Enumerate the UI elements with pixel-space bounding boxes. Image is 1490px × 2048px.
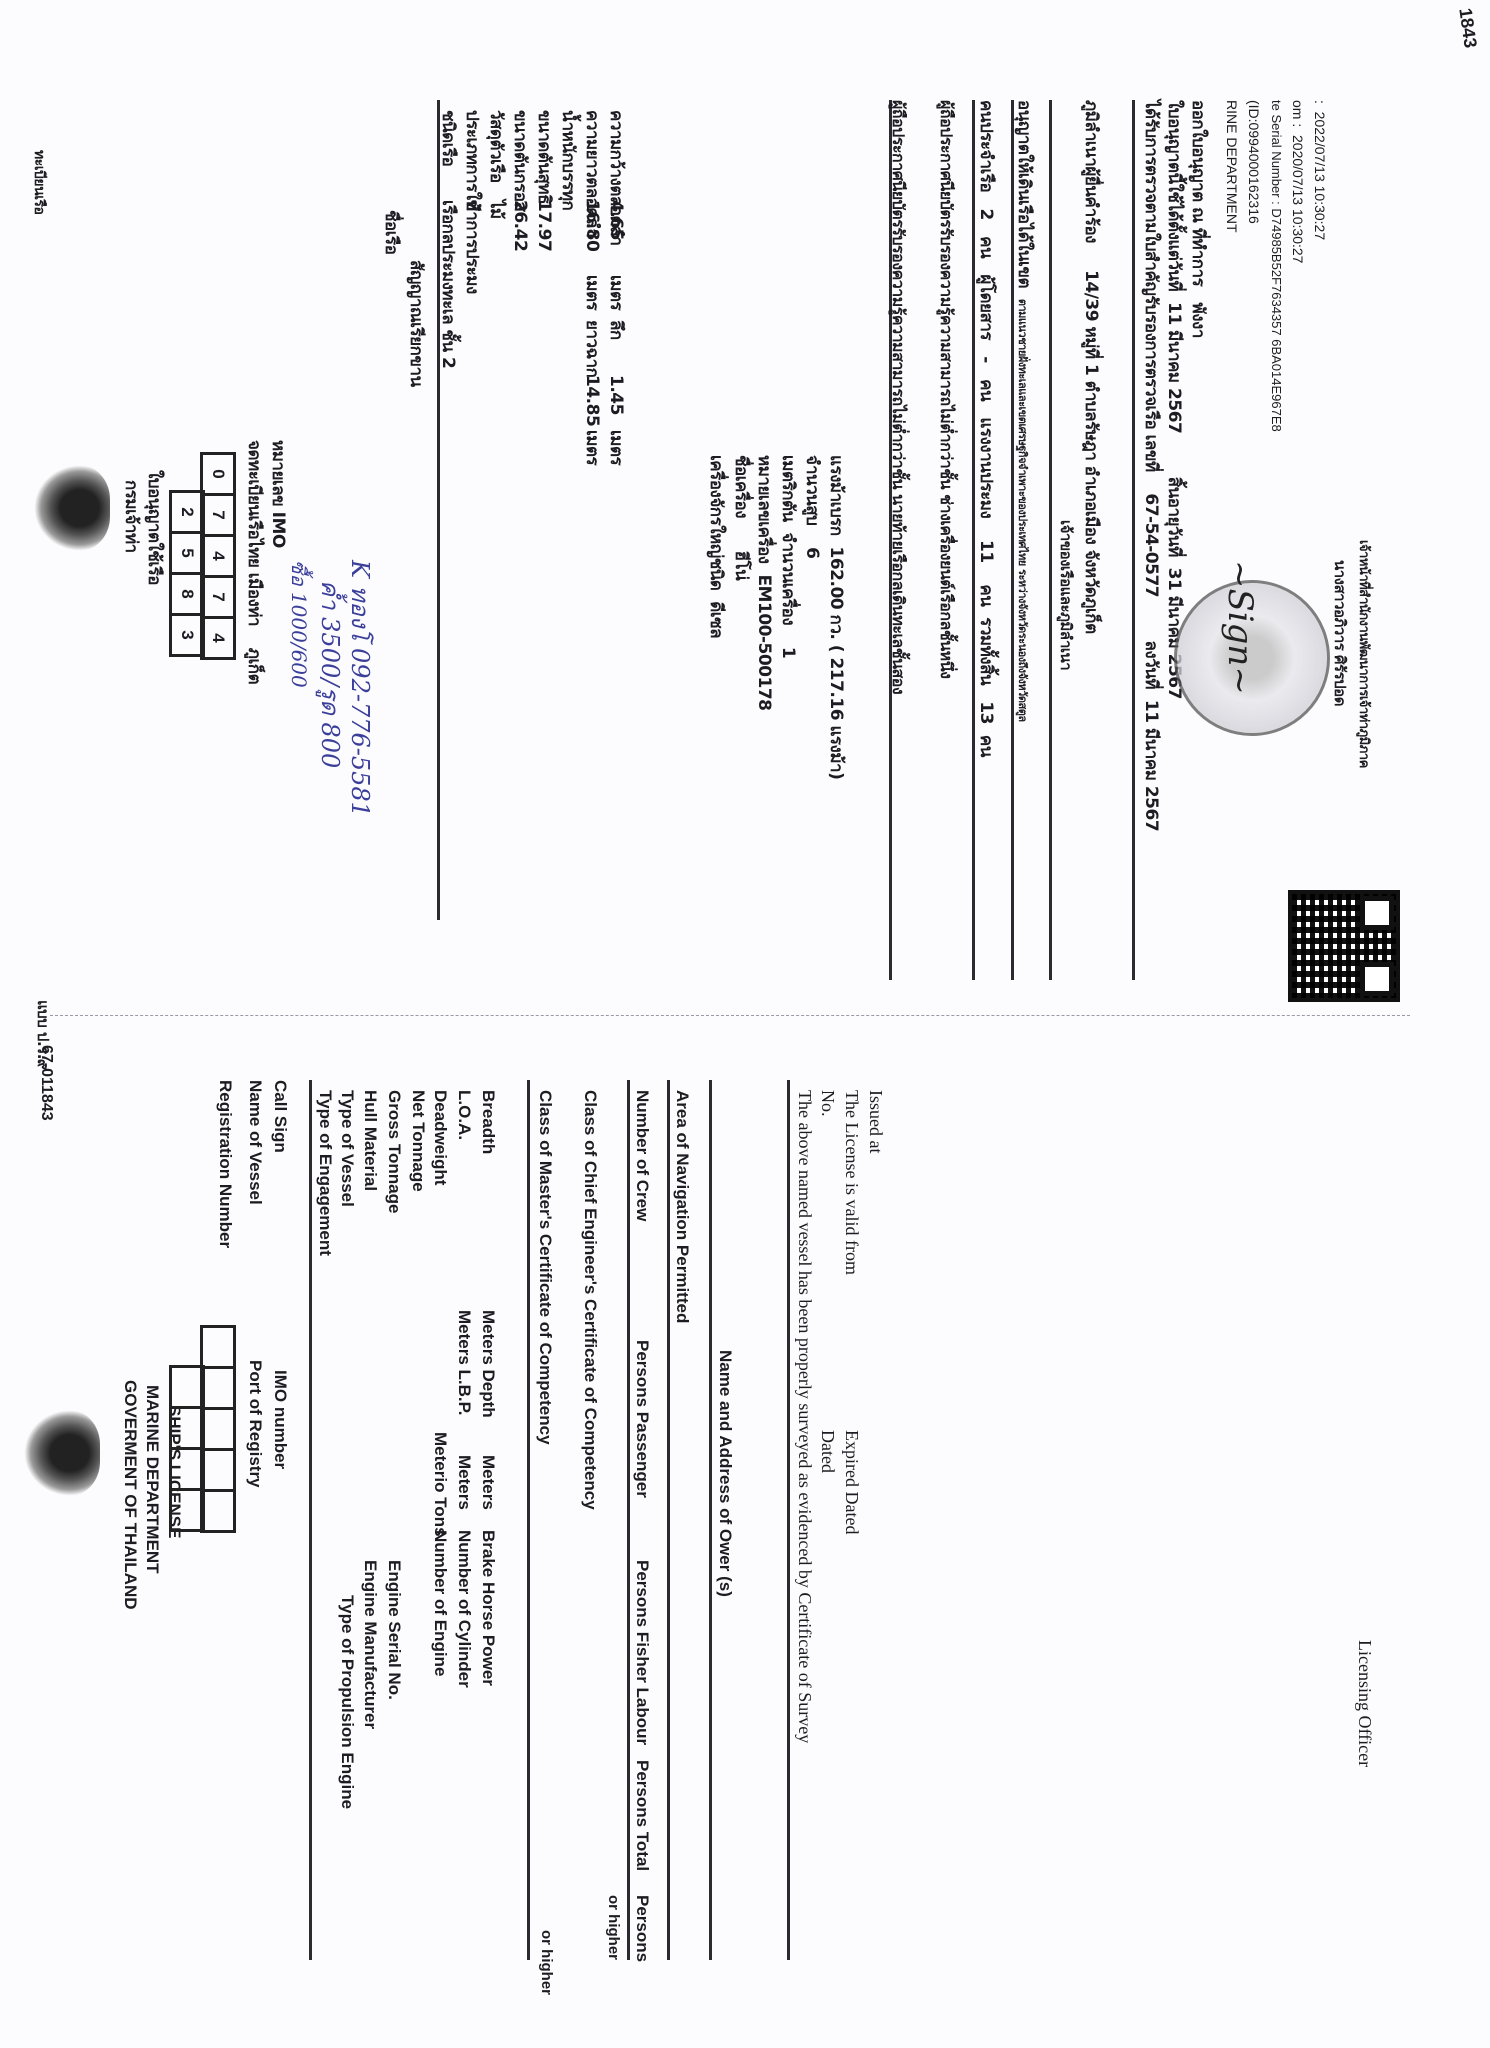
th-vessel-row: ประเภทการใช้ทำการประมง: [459, 110, 486, 275]
reg-digit: 8: [172, 575, 202, 616]
handwritten-note-3: ซื้อ 1000/600: [283, 560, 315, 688]
en-rule-1: [527, 1080, 530, 1960]
en-reg-box-bottom: [200, 1325, 236, 1533]
th-owner-name: เจ้าของเรือและภูมิลำเนา: [1054, 520, 1078, 670]
en-call-sign: Call Sign: [270, 1080, 290, 1153]
en-engineer-cert: Class of Chief Engineer's Certificate of…: [580, 1090, 600, 1510]
th-label-name: ชื่อเรือ: [378, 210, 405, 254]
en-persons: Persons: [632, 1895, 652, 1962]
en-number-of-cylinder: Number of Cylinder: [454, 1530, 474, 1688]
th-port: จดทะเบียนเรือไทย เมืองท่า ภูเก็ต: [241, 440, 268, 684]
en-rule-3: [667, 1080, 670, 1960]
reg-box-bottom: 07474: [200, 452, 236, 660]
th-vessel-row: วัสดุตัวเรือไม้: [483, 110, 510, 275]
th-engineer-cert: ผู้ถือประกาศนียบัตรรับรองความรู้ความสามา…: [933, 100, 958, 678]
en-owner: Name and Address of Ower (s): [715, 1350, 735, 1597]
th-engine-power: แรงม้าเบรก 162.00 กว. ( 217.16 แรงม้า): [823, 455, 850, 779]
th-vessel-row: น้ำหนักบรรทุก: [555, 110, 582, 275]
en-header-rule: [309, 1080, 312, 1960]
en-issued-at: Issued at: [865, 1090, 886, 1153]
en-or-higher-2: or higher: [605, 1895, 622, 1960]
th-imo: หมายเลข IMO: [265, 440, 292, 548]
en-licensing-officer: Licensing Officer: [1354, 1640, 1375, 1767]
reg-digit: 4: [203, 619, 233, 657]
en-expired-dated: Expired Dated: [841, 1430, 862, 1534]
en-deadweight: Deadweight: [430, 1090, 450, 1185]
en-brake-horse-power: Brake Horse Power: [478, 1530, 498, 1686]
en-rule-4: [709, 1080, 712, 1960]
th-license-title: ใบอนุญาตใช้เรือ: [141, 470, 168, 585]
th-master-cert: ผู้ถือประกาศนียบัตรรับรองความรู้ความสามา…: [885, 100, 910, 694]
th-vessel-row: ความกว้างตลอดลำ4.65เมตรลึก1.45เมตร: [603, 110, 630, 465]
th-owner-address: ภูมิลำเนาผู้ยื่นคำร้อง 14/39 หมู่ที่ 1 ต…: [1078, 100, 1105, 634]
th-rule-5: [1132, 100, 1135, 980]
en-registration-number: Registration Number: [215, 1080, 235, 1248]
th-engine-cylinder: จำนวนสูบ 6: [799, 455, 826, 559]
en-valid-from: The License is valid from: [841, 1090, 862, 1275]
en-type-of-engagement: Type of Engagement: [315, 1090, 335, 1256]
reg-digit: 5: [172, 534, 202, 575]
reg-digit: 0: [203, 455, 233, 496]
en-meters-depth: Meters Depth: [478, 1310, 498, 1418]
ships-license-scan: 1843 ทะเบียนเรือ ชื่อเรือ สัญญาณเรียกขาน…: [0, 0, 1490, 2048]
reg-digit: 7: [203, 578, 233, 619]
en-survey-text: The above named vessel has been properly…: [794, 1090, 815, 1743]
en-type-of-vessel: Type of Vessel: [337, 1090, 357, 1207]
en-metric-tons: Meterio Tons: [430, 1432, 450, 1537]
esig-id: (ID:0994000162316: [1246, 100, 1262, 224]
th-valid-from: ใบอนุญาตนี้ใช้ได้ตั้งแต่วันที่ 11 มีนาคม…: [1161, 100, 1188, 699]
th-rule-4: [1049, 100, 1052, 980]
en-rule-2: [627, 1080, 630, 1960]
en-persons-passenger: Persons Passenger: [632, 1340, 652, 1498]
en-name-of-vessel: Name of Vessel: [245, 1080, 265, 1205]
th-engine-serial: หมายเลขเครื่อง EM100-500178: [751, 455, 778, 710]
en-persons-fisher: Persons Fisher Labour: [632, 1560, 652, 1745]
th-registration-label: ทะเบียนเรือ: [28, 150, 50, 214]
en-port-of-registry: Port of Registry: [245, 1360, 265, 1488]
en-number-of-engine: Number of Engine: [430, 1530, 450, 1676]
en-imo-number: IMO number: [270, 1370, 290, 1469]
en-header-1: GOVERMENT OF THAILAND: [120, 1380, 140, 1610]
reg-digit: 7: [203, 496, 233, 537]
th-engine-count: เมตริกตัน จำนวนเครื่อง 1: [775, 455, 802, 658]
officer-title: เจ้าหน้าที่สำนักงานพัฒนาการเจ้าท่าภูมิภา…: [1354, 540, 1375, 768]
en-persons-total: Persons Total: [632, 1760, 652, 1871]
handwritten-note-2: K ทองโ 092-776-5581: [341, 560, 380, 817]
th-label-callsign: สัญญาณเรียกขาน: [403, 260, 430, 387]
en-header-2: MARINE DEPARTMENT: [142, 1385, 162, 1574]
en-engine-manufacturer: Engine Manufacturer: [360, 1560, 380, 1729]
en-meters-a: Meters: [454, 1455, 474, 1510]
reg-digit: 4: [203, 537, 233, 578]
en-type-of-propulsion: Type of Propulsion Engine: [337, 1595, 357, 1809]
th-vessel-row: ชนิดเรือเรือกลประมงทะเล ชั้น 2: [435, 110, 462, 275]
th-engine-type: เครื่องจักรใหญ่ชนิด ดีเซล: [703, 455, 730, 638]
esig-org: RINE DEPARTMENT: [1224, 100, 1240, 233]
esig-to: : 2022/07/13 10:30:27: [1312, 100, 1328, 240]
reg-digit: 3: [172, 616, 202, 654]
en-dated: Dated: [817, 1430, 838, 1473]
en-net-tonnage: Net Tonnage: [408, 1090, 428, 1192]
page-number-mark: 1843: [1454, 7, 1480, 50]
esig-serial: te Serial Number : D74985B52F7634357 6BA…: [1269, 100, 1284, 432]
garuda-emblem-en: [24, 1410, 100, 1496]
en-meters-b: Meters: [478, 1455, 498, 1510]
center-fold: [50, 1015, 1410, 1016]
en-no: No.: [817, 1090, 838, 1117]
en-engine-serial: Engine Serial No.: [384, 1560, 404, 1700]
garuda-emblem-th: [34, 465, 110, 551]
en-loa: L.O.A.: [454, 1090, 474, 1140]
en-meters-lbp: Meters L.B.P.: [454, 1310, 474, 1416]
en-number-of-crew: Number of Crew: [632, 1090, 652, 1221]
en-hull-material: Hull Material: [360, 1090, 380, 1191]
th-vessel-row: ขนาดตันกรอส26.42: [507, 110, 534, 275]
th-crew-row: คนประจำเรือ 2 คน ผู้โดยสาร - คน แรงงานปร…: [973, 100, 1000, 757]
esig-from: om : 2020/07/13 10:30:27: [1290, 100, 1306, 263]
en-breadth: Breadth: [478, 1090, 498, 1154]
doc-number: 67-011843: [37, 1045, 55, 1121]
reg-digit: 2: [172, 493, 202, 534]
th-issued-at: ออกใบอนุญาต ณ ที่ทำการ พังงา: [1185, 100, 1212, 338]
en-rule-5: [787, 1080, 790, 1960]
th-vessel-row: ขนาดตันสุทธิ17.97: [531, 110, 558, 275]
th-navigation: อนุญาตให้เดินเรือได้ในเขต ตามแนวชายฝั่งท…: [1011, 100, 1038, 722]
signature: ~Sign~: [1220, 560, 1260, 695]
en-gross-tonnage: Gross Tonnage: [384, 1090, 404, 1213]
en-master-cert: Class of Master's Certificate of Compete…: [535, 1090, 555, 1445]
th-vessel-row: ความยาวตลอดลำ16.80เมตรยาวฉาก14.85เมตร: [579, 110, 606, 465]
officer-name: นางสาวอภิวาร ศิรัรปอด: [1328, 560, 1352, 706]
en-or-higher-1: or higher: [538, 1930, 555, 1995]
en-area-of-navigation: Area of Navigation Permitted: [672, 1090, 692, 1323]
qr-code[interactable]: [1288, 890, 1400, 1002]
